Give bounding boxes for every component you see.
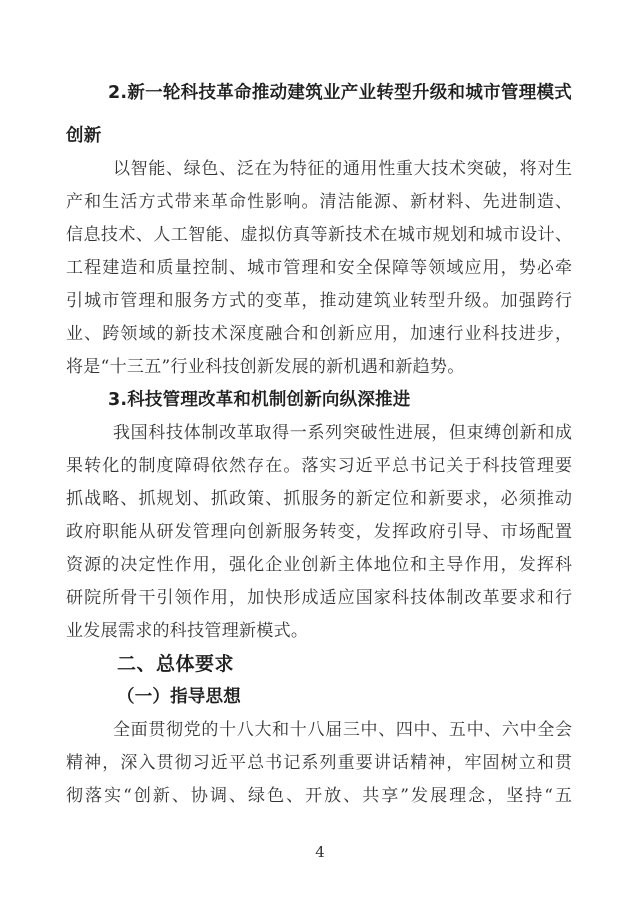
document-page: 2.新一轮科技革命推动建筑业产业转型升级和城市管理模式 创新 以智能、绿色、泛在… xyxy=(0,0,640,906)
page-number: 4 xyxy=(0,843,640,861)
body-line: 彻落实“创新、协调、绿色、开放、共享”发展理念，坚持“五 xyxy=(66,780,572,813)
body-line: 信息技术、人工智能、虚拟仿真等新技术在城市规划和城市设计、 xyxy=(66,219,572,252)
body-line: 果转化的制度障碍依然存在。落实习近平总书记关于科技管理要 xyxy=(66,450,572,483)
body-line: 精神，深入贯彻习近平总书记系列重要讲话精神，牢固树立和贯 xyxy=(66,747,572,780)
heading-2-line-1: 2.新一轮科技革命推动建筑业产业转型升级和城市管理模式 xyxy=(66,77,572,110)
heading-2-line-2: 创新 xyxy=(66,120,572,153)
body-line: 抓战略、抓规划、抓政策、抓服务的新定位和新要求，必须推动 xyxy=(66,483,572,516)
body-line: 引城市管理和服务方式的变革，推动建筑业转型升级。加强跨行 xyxy=(66,285,572,318)
subsection-heading-1: （一）指导思想 xyxy=(66,681,572,714)
body-line: 以智能、绿色、泛在为特征的通用性重大技术突破，将对生 xyxy=(66,153,572,186)
body-line: 将是“十三五”行业科技创新发展的新机遇和新趋势。 xyxy=(66,351,572,384)
body-line: 工程建造和质量控制、城市管理和安全保障等领域应用，势必牵 xyxy=(66,252,572,285)
section-heading-2: 二、总体要求 xyxy=(66,648,572,681)
body-line: 研院所骨干引领作用，加快形成适应国家科技体制改革要求和行 xyxy=(66,582,572,615)
document-body: 2.新一轮科技革命推动建筑业产业转型升级和城市管理模式 创新 以智能、绿色、泛在… xyxy=(66,77,572,813)
body-line: 全面贯彻党的十八大和十八届三中、四中、五中、六中全会 xyxy=(66,714,572,747)
body-line: 我国科技体制改革取得一系列突破性进展，但束缚创新和成 xyxy=(66,417,572,450)
heading-3: 3.科技管理改革和机制创新向纵深推进 xyxy=(66,384,572,417)
body-line: 产和生活方式带来革命性影响。清洁能源、新材料、先进制造、 xyxy=(66,186,572,219)
body-line: 资源的决定性作用，强化企业创新主体地位和主导作用，发挥科 xyxy=(66,549,572,582)
body-line: 业、跨领域的新技术深度融合和创新应用，加速行业科技进步， xyxy=(66,318,572,351)
body-line: 政府职能从研发管理向创新服务转变，发挥政府引导、市场配置 xyxy=(66,516,572,549)
body-line: 业发展需求的科技管理新模式。 xyxy=(66,615,572,648)
